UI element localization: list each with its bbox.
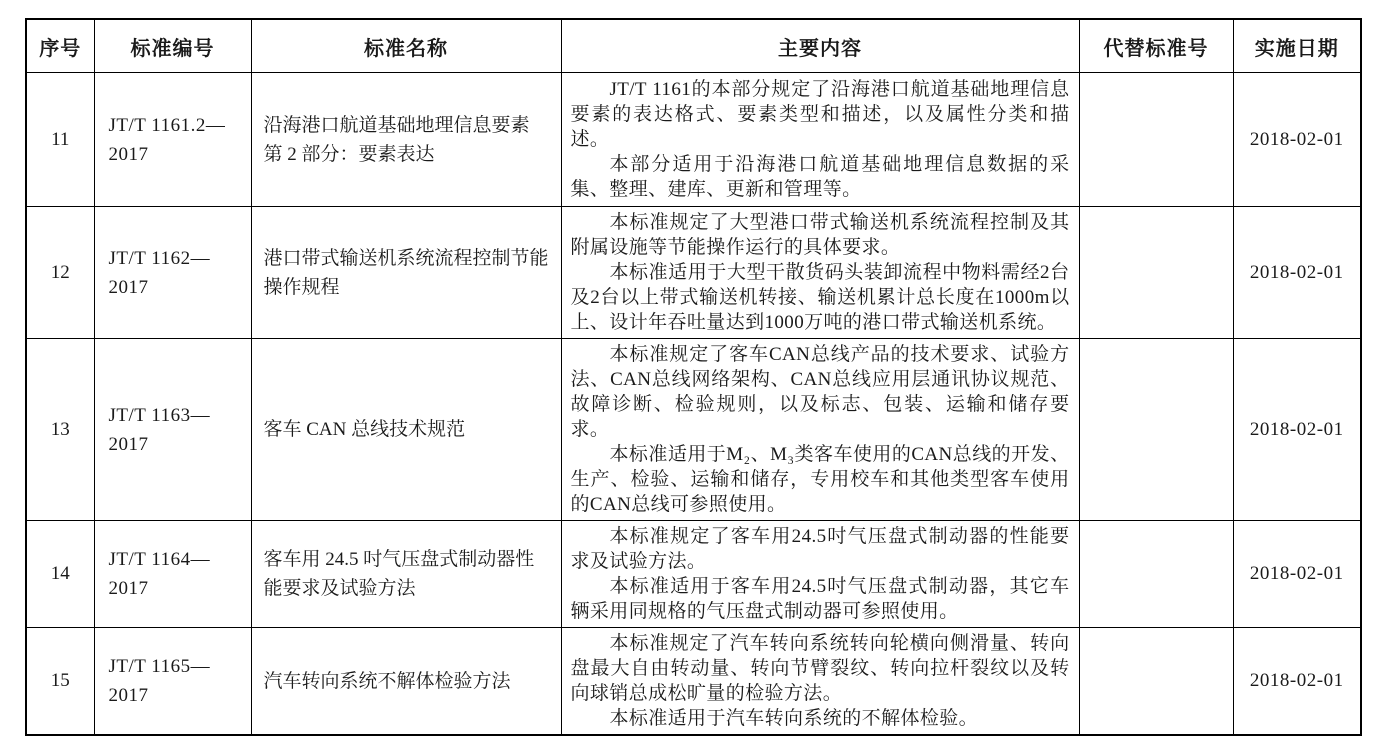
col-header-replaced-standard: 代替标准号 — [1079, 19, 1233, 73]
standard-code-cell: JT/T 1163—2017 — [94, 339, 251, 521]
table-row: 14 JT/T 1164—2017 客车用 24.5 吋气压盘式制动器性能要求及… — [26, 521, 1361, 628]
replaced-standard-cell — [1079, 207, 1233, 339]
standard-name-cell: 汽车转向系统不解体检验方法 — [251, 628, 561, 736]
col-header-implementation-date: 实施日期 — [1233, 19, 1361, 73]
main-content-cell: 本标准规定了汽车转向系统转向轮横向侧滑量、转向盘最大自由转动量、转向节臂裂纹、转… — [561, 628, 1079, 736]
implementation-date-cell: 2018-02-01 — [1233, 207, 1361, 339]
seq-cell: 12 — [26, 207, 94, 339]
main-content-cell: 本标准规定了客车CAN总线产品的技术要求、试验方法、CAN总线网络架构、CAN总… — [561, 339, 1079, 521]
standards-table: 序号 标准编号 标准名称 主要内容 代替标准号 实施日期 11 JT/T 116… — [25, 18, 1362, 736]
content-paragraph: 本标准规定了汽车转向系统转向轮横向侧滑量、转向盘最大自由转动量、转向节臂裂纹、转… — [571, 631, 1070, 706]
seq-cell: 15 — [26, 628, 94, 736]
content-paragraph: 本标准适用于大型干散货码头装卸流程中物料需经2台及2台以上带式输送机转接、输送机… — [571, 260, 1070, 335]
content-paragraph: JT/T 1161的本部分规定了沿海港口航道基础地理信息要素的表达格式、要素类型… — [571, 77, 1070, 152]
standard-code-cell: JT/T 1164—2017 — [94, 521, 251, 628]
main-content-cell: 本标准规定了客车用24.5吋气压盘式制动器的性能要求及试验方法。 本标准适用于客… — [561, 521, 1079, 628]
seq-cell: 14 — [26, 521, 94, 628]
standard-code-cell: JT/T 1165—2017 — [94, 628, 251, 736]
table-row: 15 JT/T 1165—2017 汽车转向系统不解体检验方法 本标准规定了汽车… — [26, 628, 1361, 736]
col-header-standard-name: 标准名称 — [251, 19, 561, 73]
content-paragraph: 本标准适用于客车用24.5吋气压盘式制动器，其它车辆采用同规格的气压盘式制动器可… — [571, 574, 1070, 624]
standard-name-cell: 沿海港口航道基础地理信息要素 第 2 部分：要素表达 — [251, 73, 561, 207]
replaced-standard-cell — [1079, 628, 1233, 736]
standard-name-cell: 客车用 24.5 吋气压盘式制动器性能要求及试验方法 — [251, 521, 561, 628]
standard-name-cell: 港口带式输送机系统流程控制节能操作规程 — [251, 207, 561, 339]
content-paragraph: 本标准规定了客车CAN总线产品的技术要求、试验方法、CAN总线网络架构、CAN总… — [571, 342, 1070, 442]
implementation-date-cell: 2018-02-01 — [1233, 521, 1361, 628]
implementation-date-cell: 2018-02-01 — [1233, 73, 1361, 207]
col-header-main-content: 主要内容 — [561, 19, 1079, 73]
implementation-date-cell: 2018-02-01 — [1233, 339, 1361, 521]
main-content-cell: 本标准规定了大型港口带式输送机系统流程控制及其附属设施等节能操作运行的具体要求。… — [561, 207, 1079, 339]
content-paragraph: 本标准规定了客车用24.5吋气压盘式制动器的性能要求及试验方法。 — [571, 524, 1070, 574]
col-header-seq: 序号 — [26, 19, 94, 73]
replaced-standard-cell — [1079, 521, 1233, 628]
implementation-date-cell: 2018-02-01 — [1233, 628, 1361, 736]
main-content-cell: JT/T 1161的本部分规定了沿海港口航道基础地理信息要素的表达格式、要素类型… — [561, 73, 1079, 207]
seq-cell: 11 — [26, 73, 94, 207]
seq-cell: 13 — [26, 339, 94, 521]
standard-code-cell: JT/T 1161.2—2017 — [94, 73, 251, 207]
standard-code-cell: JT/T 1162—2017 — [94, 207, 251, 339]
table-header-row: 序号 标准编号 标准名称 主要内容 代替标准号 实施日期 — [26, 19, 1361, 73]
table-row: 12 JT/T 1162—2017 港口带式输送机系统流程控制节能操作规程 本标… — [26, 207, 1361, 339]
content-paragraph: 本标准适用于M₂、M₃类客车使用的CAN总线的开发、生产、检验、运输和储存，专用… — [571, 442, 1070, 517]
table-row: 11 JT/T 1161.2—2017 沿海港口航道基础地理信息要素 第 2 部… — [26, 73, 1361, 207]
replaced-standard-cell — [1079, 339, 1233, 521]
content-paragraph: 本标准规定了大型港口带式输送机系统流程控制及其附属设施等节能操作运行的具体要求。 — [571, 210, 1070, 260]
content-paragraph: 本部分适用于沿海港口航道基础地理信息数据的采集、整理、建库、更新和管理等。 — [571, 152, 1070, 202]
standard-name-cell: 客车 CAN 总线技术规范 — [251, 339, 561, 521]
table-row: 13 JT/T 1163—2017 客车 CAN 总线技术规范 本标准规定了客车… — [26, 339, 1361, 521]
content-paragraph: 本标准适用于汽车转向系统的不解体检验。 — [571, 706, 1070, 731]
col-header-standard-code: 标准编号 — [94, 19, 251, 73]
replaced-standard-cell — [1079, 73, 1233, 207]
